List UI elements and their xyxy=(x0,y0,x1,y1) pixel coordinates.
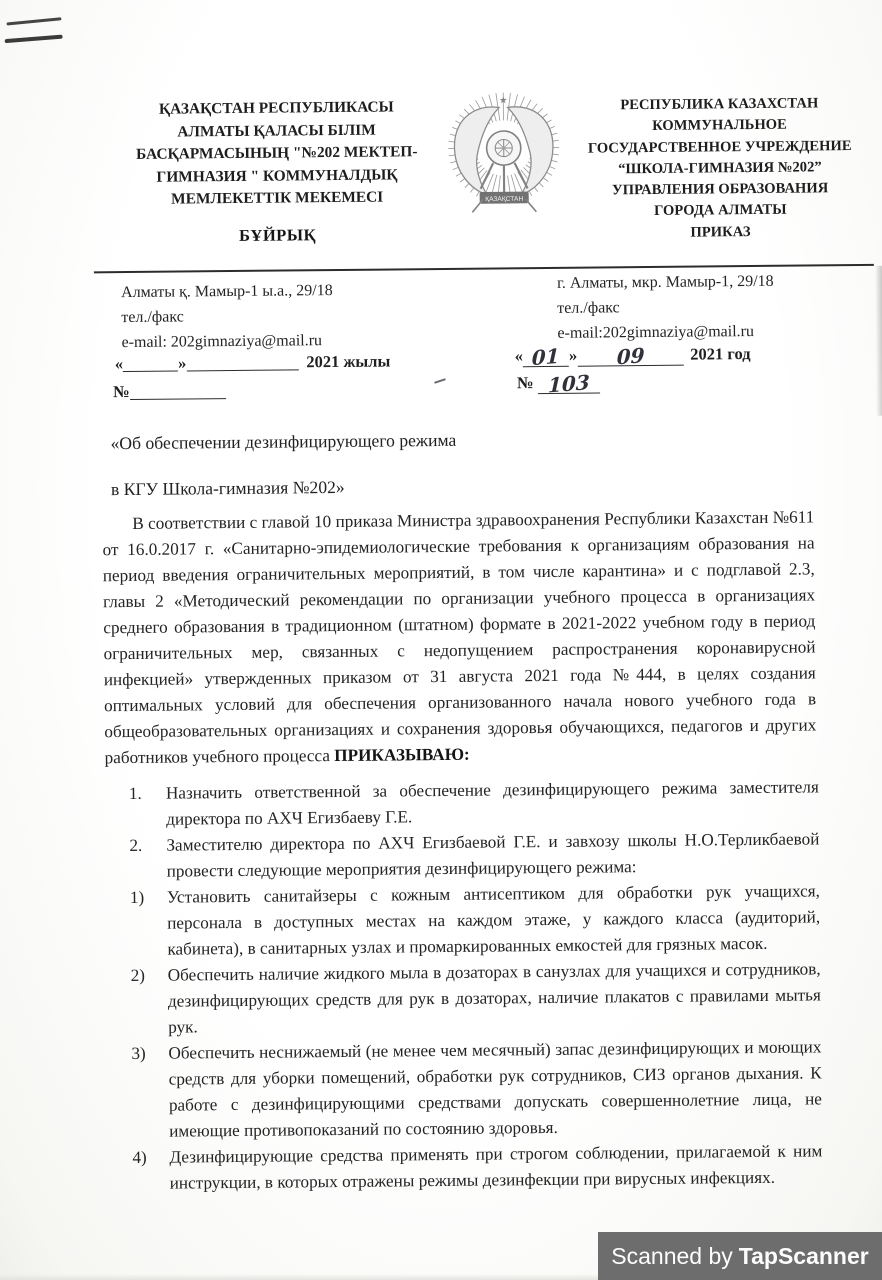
tapscanner-watermark: Scanned by TapScanner xyxy=(598,1232,882,1280)
kazakhstan-emblem-icon: ★ ҚАЗАҚСТАН xyxy=(439,85,568,222)
number-label: № xyxy=(517,373,534,392)
letterhead-line: РЕСПУБЛИКА КАЗАХСТАН xyxy=(566,93,872,117)
date-line-kazakh: «»2021 жылы xyxy=(115,351,391,374)
document-content: ҚАЗАҚСТАН РЕСПУБЛИКАСЫ АЛМАТЫ ҚАЛАСЫ БІЛ… xyxy=(0,0,882,1280)
handwritten-month: 09 xyxy=(616,348,644,364)
item-number: 1) xyxy=(130,885,168,963)
address-line: тел./факс xyxy=(557,294,774,321)
address-line: Алматы қ. Мамыр-1 ы.а., 29/18 xyxy=(121,278,333,305)
address-line: тел./факс xyxy=(121,303,333,330)
year-label: 2021 год xyxy=(690,344,751,364)
number-label: № xyxy=(113,382,130,401)
number-line-russian: № 103 xyxy=(517,372,600,394)
list-item: 3) Обеспечить неснижаемый (не менее чем … xyxy=(131,1034,822,1145)
blank-number-field xyxy=(130,381,226,400)
list-item: 2. Заместителю директора по АХЧ Егизбаев… xyxy=(129,826,819,885)
document-type-russian: ПРИКАЗ xyxy=(567,221,873,245)
year-label: 2021 жылы xyxy=(306,351,390,371)
quote-open: « xyxy=(515,346,523,365)
month-field: 09 xyxy=(577,348,683,367)
handwritten-day: 01 xyxy=(532,349,560,365)
letterhead-line: “ШКОЛА-ГИМНАЗИЯ №202” xyxy=(567,157,873,181)
letterhead-line: ГИМНАЗИЯ " КОММУНАЛДЫҚ xyxy=(115,164,439,190)
list-item: 4) Дезинфицирующие средства применять пр… xyxy=(132,1138,822,1197)
item-number: 3) xyxy=(131,1041,169,1145)
item-text: Заместителю директора по АХЧ Егизбаевой … xyxy=(166,826,819,884)
address-line: г. Алматы, мкр. Мамыр-1, 29/18 xyxy=(557,269,774,296)
item-text: Назначить ответственной за обеспечение д… xyxy=(166,774,819,832)
watermark-brand: TapScanner xyxy=(739,1243,869,1270)
letterhead-line: КОММУНАЛЬНОЕ xyxy=(566,114,872,138)
letterhead-line: БАСҚАРМАСЫНЫҢ "№202 МЕКТЕП- xyxy=(115,141,439,167)
item-number: 2. xyxy=(129,833,166,885)
order-title-line1: «Об обеспечении дезинфицирующего режима xyxy=(110,430,456,454)
order-title-line2: в КГУ Школа-гимназия №202» xyxy=(111,477,345,500)
pen-mark xyxy=(5,35,63,44)
letterhead-line: ГОСУДАРСТВЕННОЕ УЧРЕЖДЕНИЕ xyxy=(567,135,873,159)
directive-word: ПРИКАЗЫВАЮ: xyxy=(334,745,470,765)
date-line-russian: «01»092021 год xyxy=(515,344,751,367)
item-number: 2) xyxy=(131,963,169,1041)
letterhead-line: ҚАЗАҚСТАН РЕСПУБЛИКАСЫ xyxy=(114,96,438,122)
blank-month-field xyxy=(186,352,298,371)
svg-text:★: ★ xyxy=(499,95,508,106)
letterhead-line: УПРАВЛЕНИЯ ОБРАЗОВАНИЯ xyxy=(567,178,873,202)
document-type-kazakh: БҰЙРЫҚ xyxy=(115,224,439,247)
item-number: 1. xyxy=(129,781,166,833)
order-preamble: В соответствии с главой 10 приказа Минис… xyxy=(102,504,816,771)
number-field: 103 xyxy=(538,375,600,394)
letterhead-kazakh: ҚАЗАҚСТАН РЕСПУБЛИКАСЫ АЛМАТЫ ҚАЛАСЫ БІЛ… xyxy=(114,96,439,212)
quote-close: » xyxy=(569,346,577,365)
address-block-russian: г. Алматы, мкр. Мамыр-1, 29/18 тел./факс… xyxy=(557,269,774,346)
pen-mark xyxy=(434,378,446,384)
day-field: 01 xyxy=(523,349,569,367)
order-items: 1. Назначить ответственной за обеспечени… xyxy=(129,774,823,1197)
item-text: Дезинфицирующие средства применять при с… xyxy=(169,1138,822,1196)
list-item: 2) Обеспечить наличие жидкого мыла в доз… xyxy=(131,956,822,1041)
handwritten-number: 103 xyxy=(548,375,590,392)
item-number: 4) xyxy=(132,1145,169,1197)
watermark-prefix: Scanned by xyxy=(611,1243,732,1270)
page-edge-shadow xyxy=(875,266,882,416)
item-text: Установить санитайзеры с кожным антисепт… xyxy=(167,878,821,962)
emblem-banner-text: ҚАЗАҚСТАН xyxy=(485,196,523,203)
scanned-document-page: ҚАЗАҚСТАН РЕСПУБЛИКАСЫ АЛМАТЫ ҚАЛАСЫ БІЛ… xyxy=(0,0,882,1280)
letterhead-line: АЛМАТЫ ҚАЛАСЫ БІЛІМ xyxy=(114,119,438,145)
list-item: 1) Установить санитайзеры с кожным антис… xyxy=(130,878,821,963)
quote-close: » xyxy=(178,353,186,372)
item-text: Обеспечить неснижаемый (не менее чем мес… xyxy=(168,1034,822,1144)
blank-day-field xyxy=(123,354,178,373)
preamble-text: В соответствии с главой 10 приказа Минис… xyxy=(102,507,816,767)
quote-open: « xyxy=(115,354,123,373)
address-block-kazakh: Алматы қ. Мамыр-1 ы.а., 29/18 тел./факс … xyxy=(121,278,333,355)
letterhead-line: МЕМЛЕКЕТТІК МЕКЕМЕСІ xyxy=(115,186,439,212)
letterhead-line: ГОРОДА АЛМАТЫ xyxy=(567,199,873,223)
pen-mark xyxy=(6,17,61,25)
number-line-kazakh: № xyxy=(113,381,226,402)
letterhead-russian: РЕСПУБЛИКА КАЗАХСТАН КОММУНАЛЬНОЕ ГОСУДА… xyxy=(566,93,873,245)
list-item: 1. Назначить ответственной за обеспечени… xyxy=(129,774,819,833)
address-line: e-mail:202gimnaziya@mail.ru xyxy=(557,319,774,346)
item-text: Обеспечить наличие жидкого мыла в дозато… xyxy=(168,956,822,1040)
address-line: e-mail: 202gimnaziya@mail.ru xyxy=(121,328,333,355)
